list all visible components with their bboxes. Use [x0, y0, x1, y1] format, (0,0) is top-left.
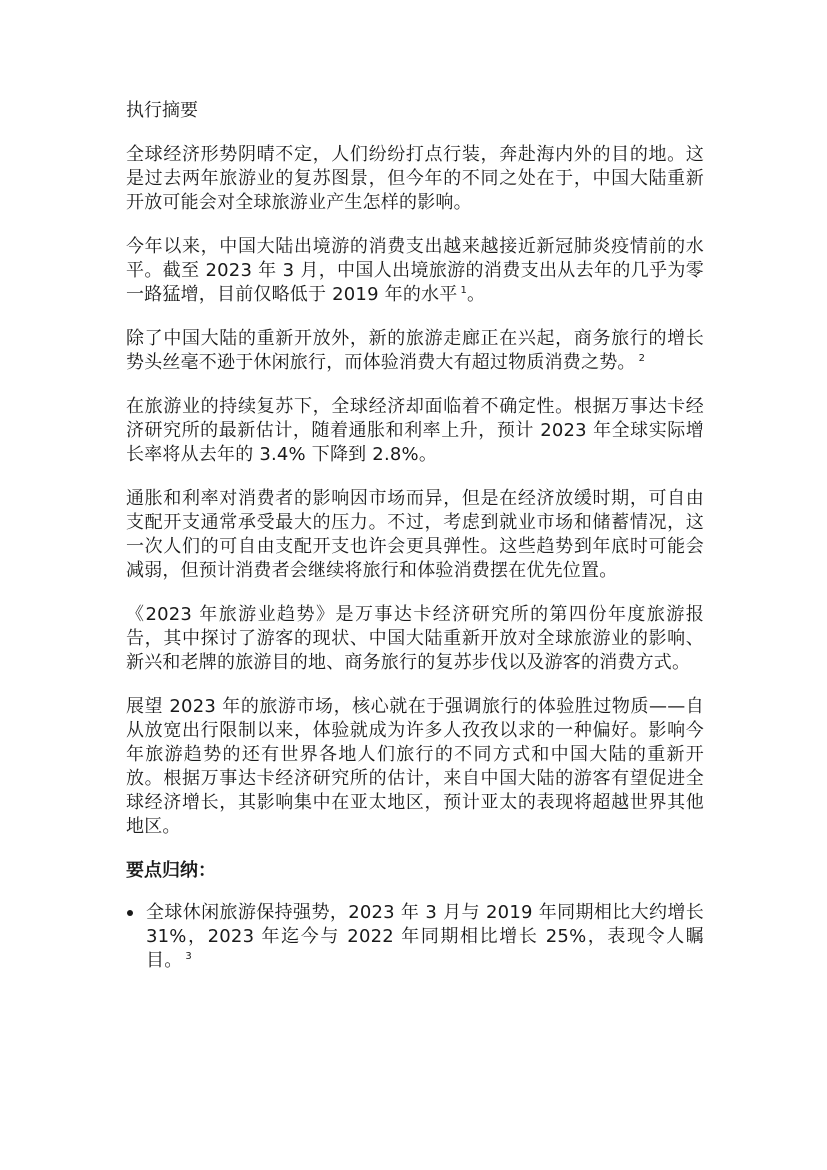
bullet-icon — [127, 910, 133, 916]
paragraph-text: 《2023 年旅游业趋势》是万事达卡经济研究所的第四份年度旅游报告，其中探讨了游… — [126, 604, 704, 673]
paragraph-intro: 全球经济形势阴晴不定，人们纷纷打点行装，奔赴海内外的目的地。这是过去两年旅游业的… — [126, 143, 704, 215]
paragraph-text: 展望 2023 年的旅游市场，核心就在于强调旅行的体验胜过物质——自从放宽出行限… — [126, 696, 704, 837]
footnote-ref[interactable]: 3 — [185, 951, 192, 962]
key-points-heading: 要点归纳： — [126, 859, 704, 883]
paragraph-outlook: 展望 2023 年的旅游市场，核心就在于强调旅行的体验胜过物质——自从放宽出行限… — [126, 695, 704, 839]
document-page: 执行摘要 全球经济形势阴晴不定，人们纷纷打点行装，奔赴海内外的目的地。这是过去两… — [126, 99, 704, 973]
paragraph-text: 全球经济形势阴晴不定，人们纷纷打点行装，奔赴海内外的目的地。这是过去两年旅游业的… — [126, 144, 704, 213]
paragraph-outbound-spending: 今年以来，中国大陆出境游的消费支出越来越接近新冠肺炎疫情前的水平。截至 2023… — [126, 235, 704, 307]
key-points-list: 全球休闲旅游保持强势，2023 年 3 月与 2019 年同期相比大约增长 31… — [126, 901, 704, 973]
paragraph-text: 在旅游业的持续复苏下，全球经济却面临着不确定性。根据万事达卡经济研究所的最新估计… — [126, 396, 704, 465]
list-item: 全球休闲旅游保持强势，2023 年 3 月与 2019 年同期相比大约增长 31… — [126, 901, 704, 973]
section-title: 执行摘要 — [126, 99, 704, 123]
list-item-text: 全球休闲旅游保持强势，2023 年 3 月与 2019 年同期相比大约增长 31… — [146, 902, 704, 971]
paragraph-report-overview: 《2023 年旅游业趋势》是万事达卡经济研究所的第四份年度旅游报告，其中探讨了游… — [126, 603, 704, 675]
paragraph-inflation-impact: 通胀和利率对消费者的影响因市场而异，但是在经济放缓时期，可自由支配开支通常承受最… — [126, 487, 704, 583]
paragraph-text: 通胀和利率对消费者的影响因市场而异，但是在经济放缓时期，可自由支配开支通常承受最… — [126, 488, 704, 581]
paragraph-travel-corridors: 除了中国大陆的重新开放外，新的旅游走廊正在兴起，商务旅行的增长势头丝毫不逊于休闲… — [126, 327, 704, 375]
paragraph-text: 今年以来，中国大陆出境游的消费支出越来越接近新冠肺炎疫情前的水平。截至 2023… — [126, 236, 704, 305]
footnote-ref[interactable]: 2 — [639, 353, 646, 364]
paragraph-economic-uncertainty: 在旅游业的持续复苏下，全球经济却面临着不确定性。根据万事达卡经济研究所的最新估计… — [126, 395, 704, 467]
paragraph-text: 除了中国大陆的重新开放外，新的旅游走廊正在兴起，商务旅行的增长势头丝毫不逊于休闲… — [126, 328, 704, 373]
paragraph-tail: 。 — [467, 284, 485, 305]
